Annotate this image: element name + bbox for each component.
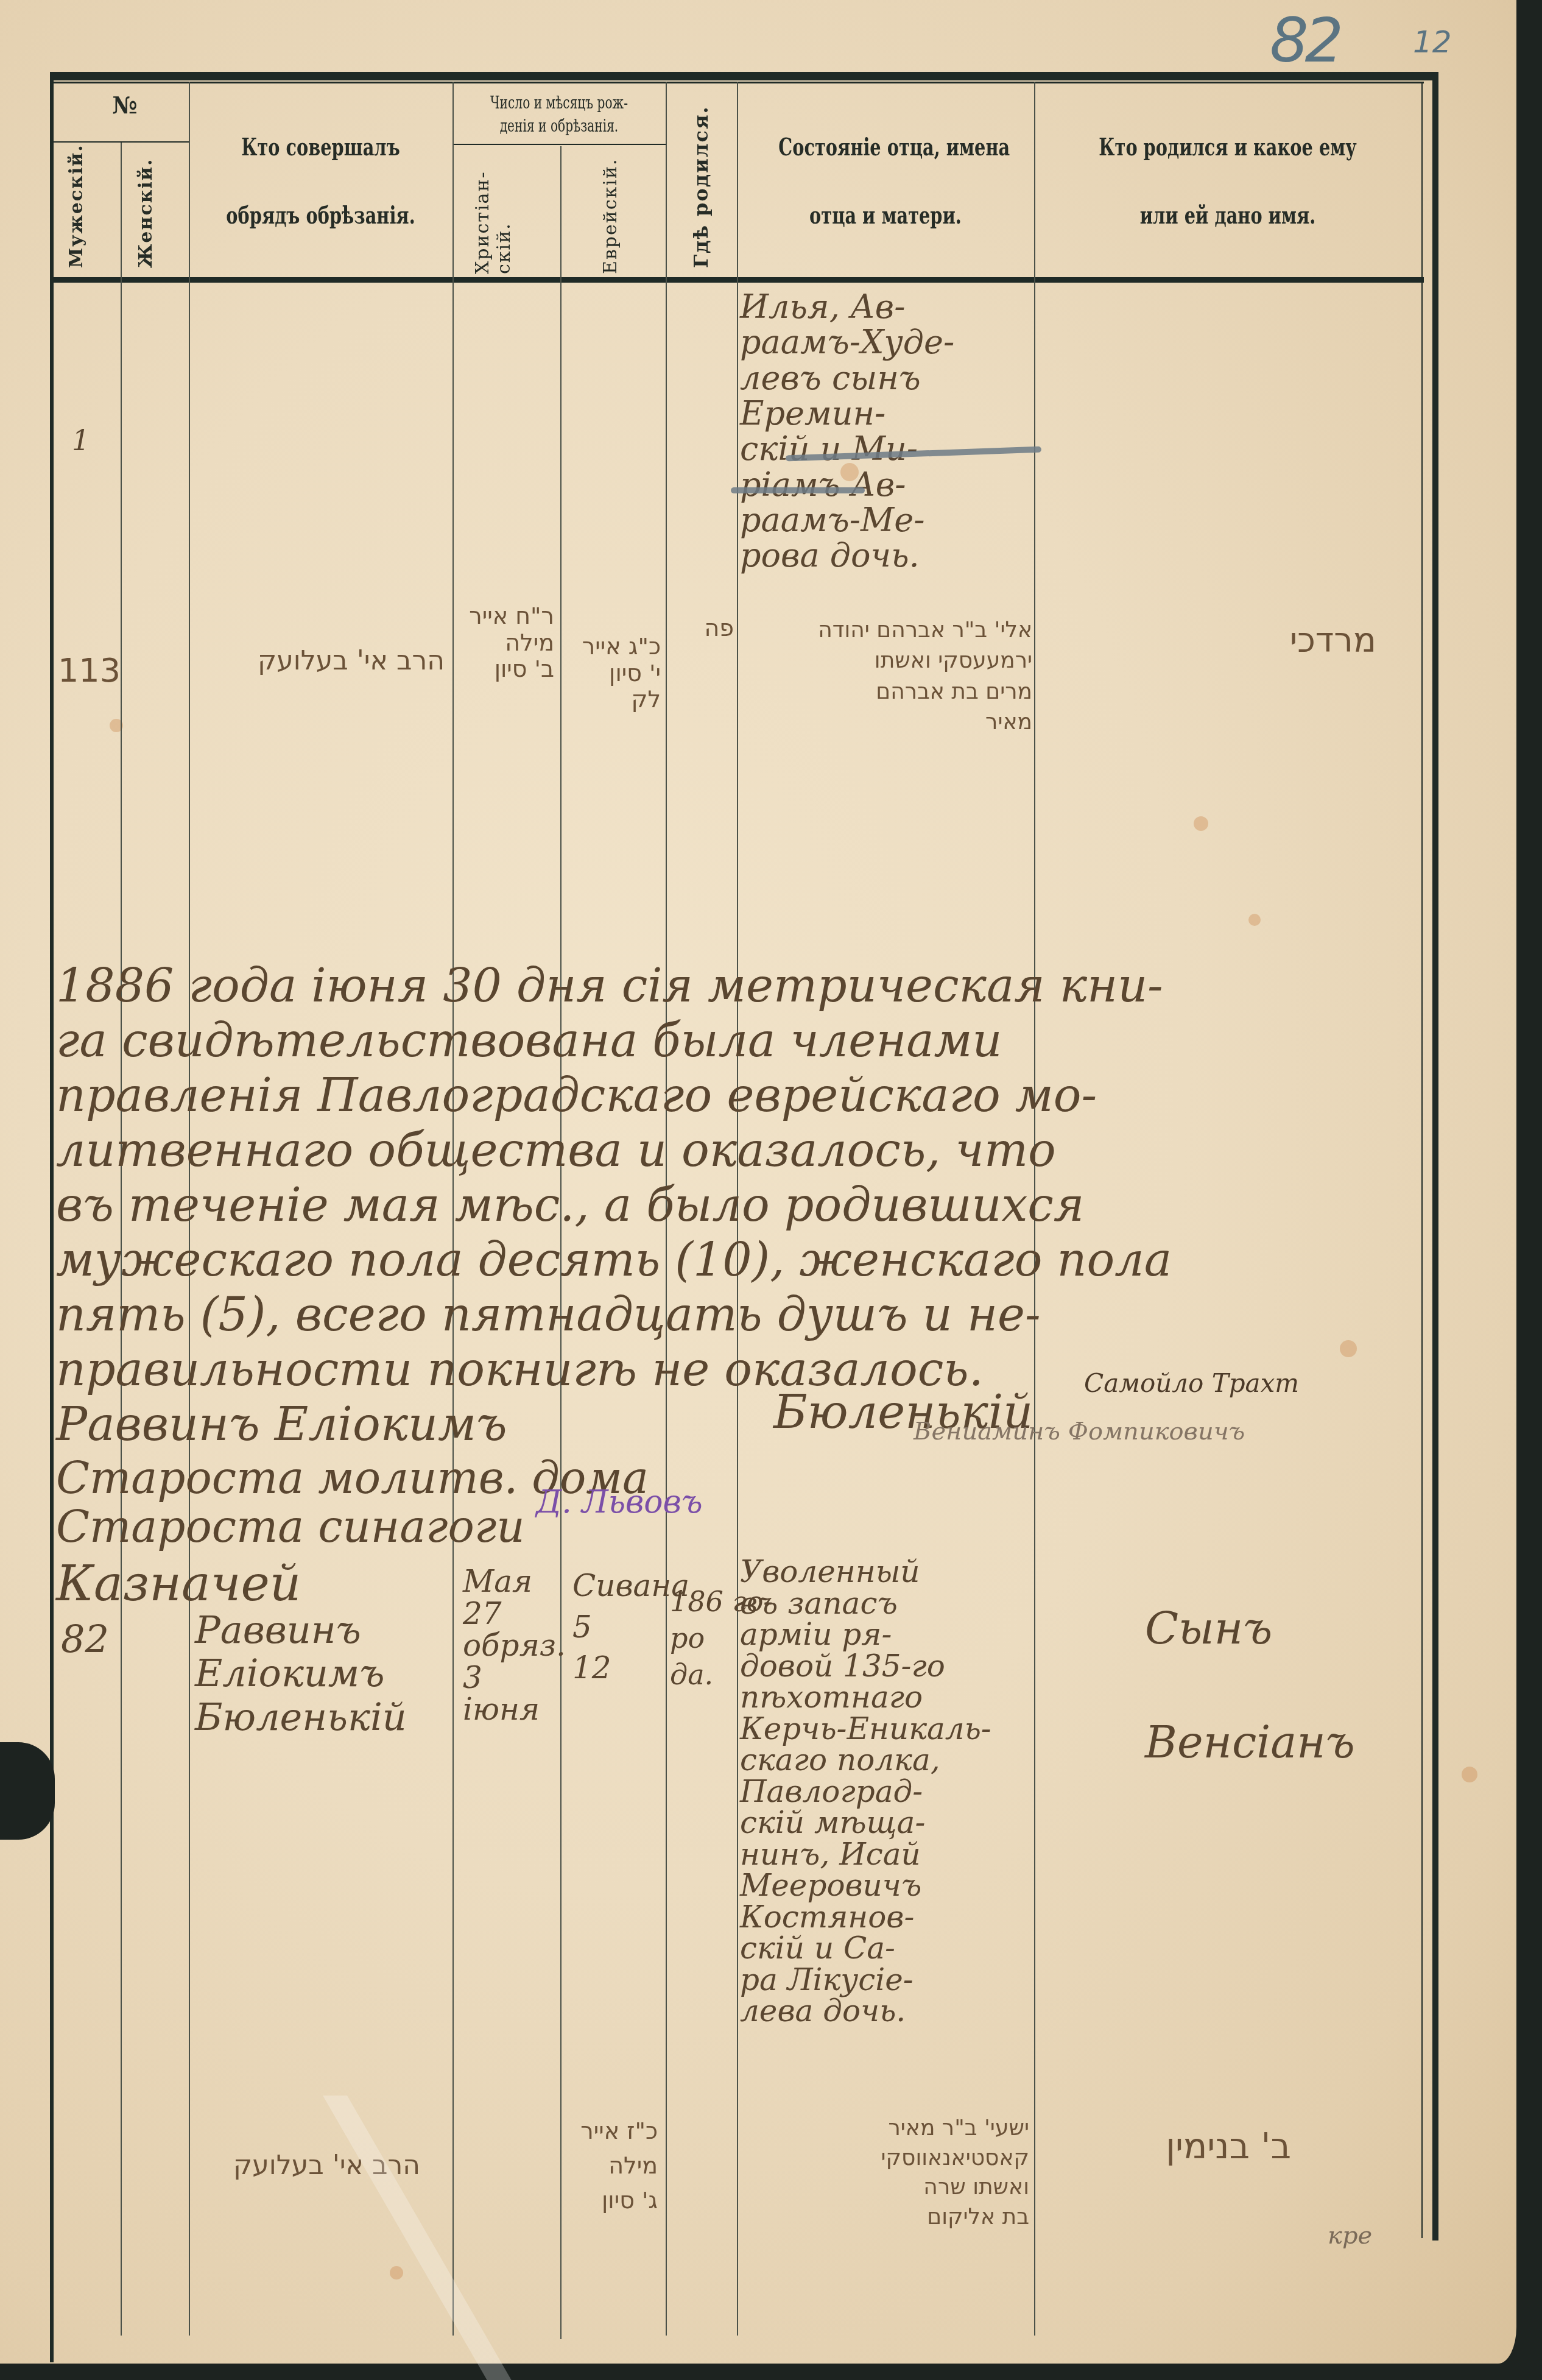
entry1-number-hebrew: 113 bbox=[58, 652, 121, 690]
certification-line: правленія Павлоградскаго еврейскаго мо- bbox=[56, 1072, 1097, 1118]
certification-line: га свидѣтельствована была членами bbox=[56, 1017, 1002, 1064]
stain bbox=[1248, 914, 1261, 926]
stain bbox=[390, 2266, 403, 2279]
jewish-date-header: Еврейскій. bbox=[600, 152, 621, 274]
signature-rabbi-role: Раввинъ Еліокимъ bbox=[56, 1401, 507, 1447]
register-page: 82 12 № Мужескiй. Женскiй. Кто совершалъ… bbox=[0, 0, 1516, 2364]
entry1-christian-date: ר"ח אייר מילה ב' סיון bbox=[463, 603, 554, 683]
stain bbox=[1194, 816, 1208, 831]
entry2-number: 82 bbox=[61, 1620, 109, 1658]
right-frame-rule bbox=[1432, 72, 1438, 2241]
entry1-child-name: מרדכי bbox=[1157, 621, 1376, 660]
torn-edge bbox=[0, 1742, 55, 1840]
stain bbox=[1462, 1767, 1477, 1782]
entry2-circumciser: Раввинъ Еліокимъ Бюленькій bbox=[195, 1608, 407, 1739]
top-frame-rule bbox=[54, 72, 1436, 80]
left-frame-rule bbox=[50, 72, 54, 2362]
entry2-dates-hebrew: כ"ז אייר מילה ג' סיון bbox=[463, 2114, 658, 2218]
entry2-margin-note: кре bbox=[1328, 2223, 1372, 2248]
certification-line: пять (5), всего пятнадцать душъ и не- bbox=[56, 1291, 1041, 1338]
date-group-header-line2: денія и обрѣзанія. bbox=[482, 116, 636, 136]
entry2-child-name: Сынъ Венсіанъ bbox=[1145, 1572, 1355, 1799]
page-number-secondary: 12 bbox=[1413, 24, 1452, 60]
male-header: Мужескiй. bbox=[66, 152, 87, 268]
child-header-line1: Кто родился и какое ему bbox=[1088, 133, 1367, 161]
signature-synagogue-role: Староста синагоги bbox=[56, 1505, 525, 1548]
signature-synagogue-name: Вениаминъ Фомпиковичъ bbox=[914, 1419, 1245, 1444]
pencil-underline bbox=[731, 487, 865, 493]
number-header: № bbox=[91, 91, 158, 119]
entry2-parents-hebrew: ישעי' ב"ר מאיר קאסטיאנאווסקי ואשתו שרה ב… bbox=[737, 2114, 1029, 2232]
entry1-mark: 1 bbox=[72, 426, 90, 454]
right-inner-rule bbox=[1421, 82, 1423, 2238]
entry2-parents-russian: Уволенный въ запасъ арміи ря- довой 135-… bbox=[740, 1556, 991, 2027]
circumciser-header-line2: обрядъ обрѣзанія. bbox=[226, 201, 416, 230]
parents-header-line2: отца и матери. bbox=[778, 201, 992, 230]
page-number: 82 bbox=[1270, 5, 1340, 76]
entry1-parents-russian: Илья, Ав- раамъ-Худе- левъ сынъ Еремин- … bbox=[740, 289, 954, 574]
signature-treasurer-role: Казначей bbox=[56, 1559, 301, 1608]
top-thin-rule bbox=[54, 82, 1424, 83]
certification-line: 1886 года iюня 30 дня сія метрическая кн… bbox=[56, 962, 1163, 1009]
parents-header-line1: Состояніе отца, имена bbox=[778, 133, 992, 161]
certification-line: литвеннаго общества и оказалось, что bbox=[56, 1127, 1056, 1173]
female-header: Женскiй. bbox=[135, 152, 157, 268]
signature-elder-name: Самойло Трахт bbox=[1084, 1371, 1299, 1396]
date-group-header-line1: Число и мѣсяцъ рож- bbox=[482, 93, 636, 113]
entry1-birthplace: פה bbox=[676, 615, 734, 642]
entry2-christian-date: Мая 27 обряз. 3 iюня bbox=[463, 1566, 566, 1726]
signature-treasurer-name: Д. Львовъ bbox=[536, 1486, 703, 1518]
christian-date-header: Христіан-скій. bbox=[472, 152, 515, 274]
certification-line: мужескаго пола десять (10), женскаго пол… bbox=[56, 1237, 1172, 1283]
entry1-circumciser-hebrew: הרב אי' בעלועק bbox=[201, 646, 445, 677]
child-header-line2: или ей дано имя. bbox=[1088, 201, 1367, 230]
certification-line: въ теченіе мая мѣс., а было родившихся bbox=[56, 1182, 1084, 1228]
entry1-parents-hebrew: אלי' ב"ר אברהם יהודה ירמעעסקי ואשתו מרים… bbox=[740, 615, 1032, 738]
date-subheader-rule bbox=[454, 144, 666, 145]
entry1-jewish-date: כ"ג אייר י' סיון לק bbox=[569, 634, 661, 713]
stain bbox=[1340, 1340, 1357, 1357]
birthplace-header: Гдѣ родился. bbox=[689, 104, 713, 268]
number-subheader-rule bbox=[54, 141, 189, 143]
circumciser-header-line1: Кто совершалъ bbox=[226, 133, 416, 161]
header-bottom-rule bbox=[54, 277, 1424, 283]
entry2-child-hebrew: ב' בנימין bbox=[1096, 2126, 1291, 2167]
